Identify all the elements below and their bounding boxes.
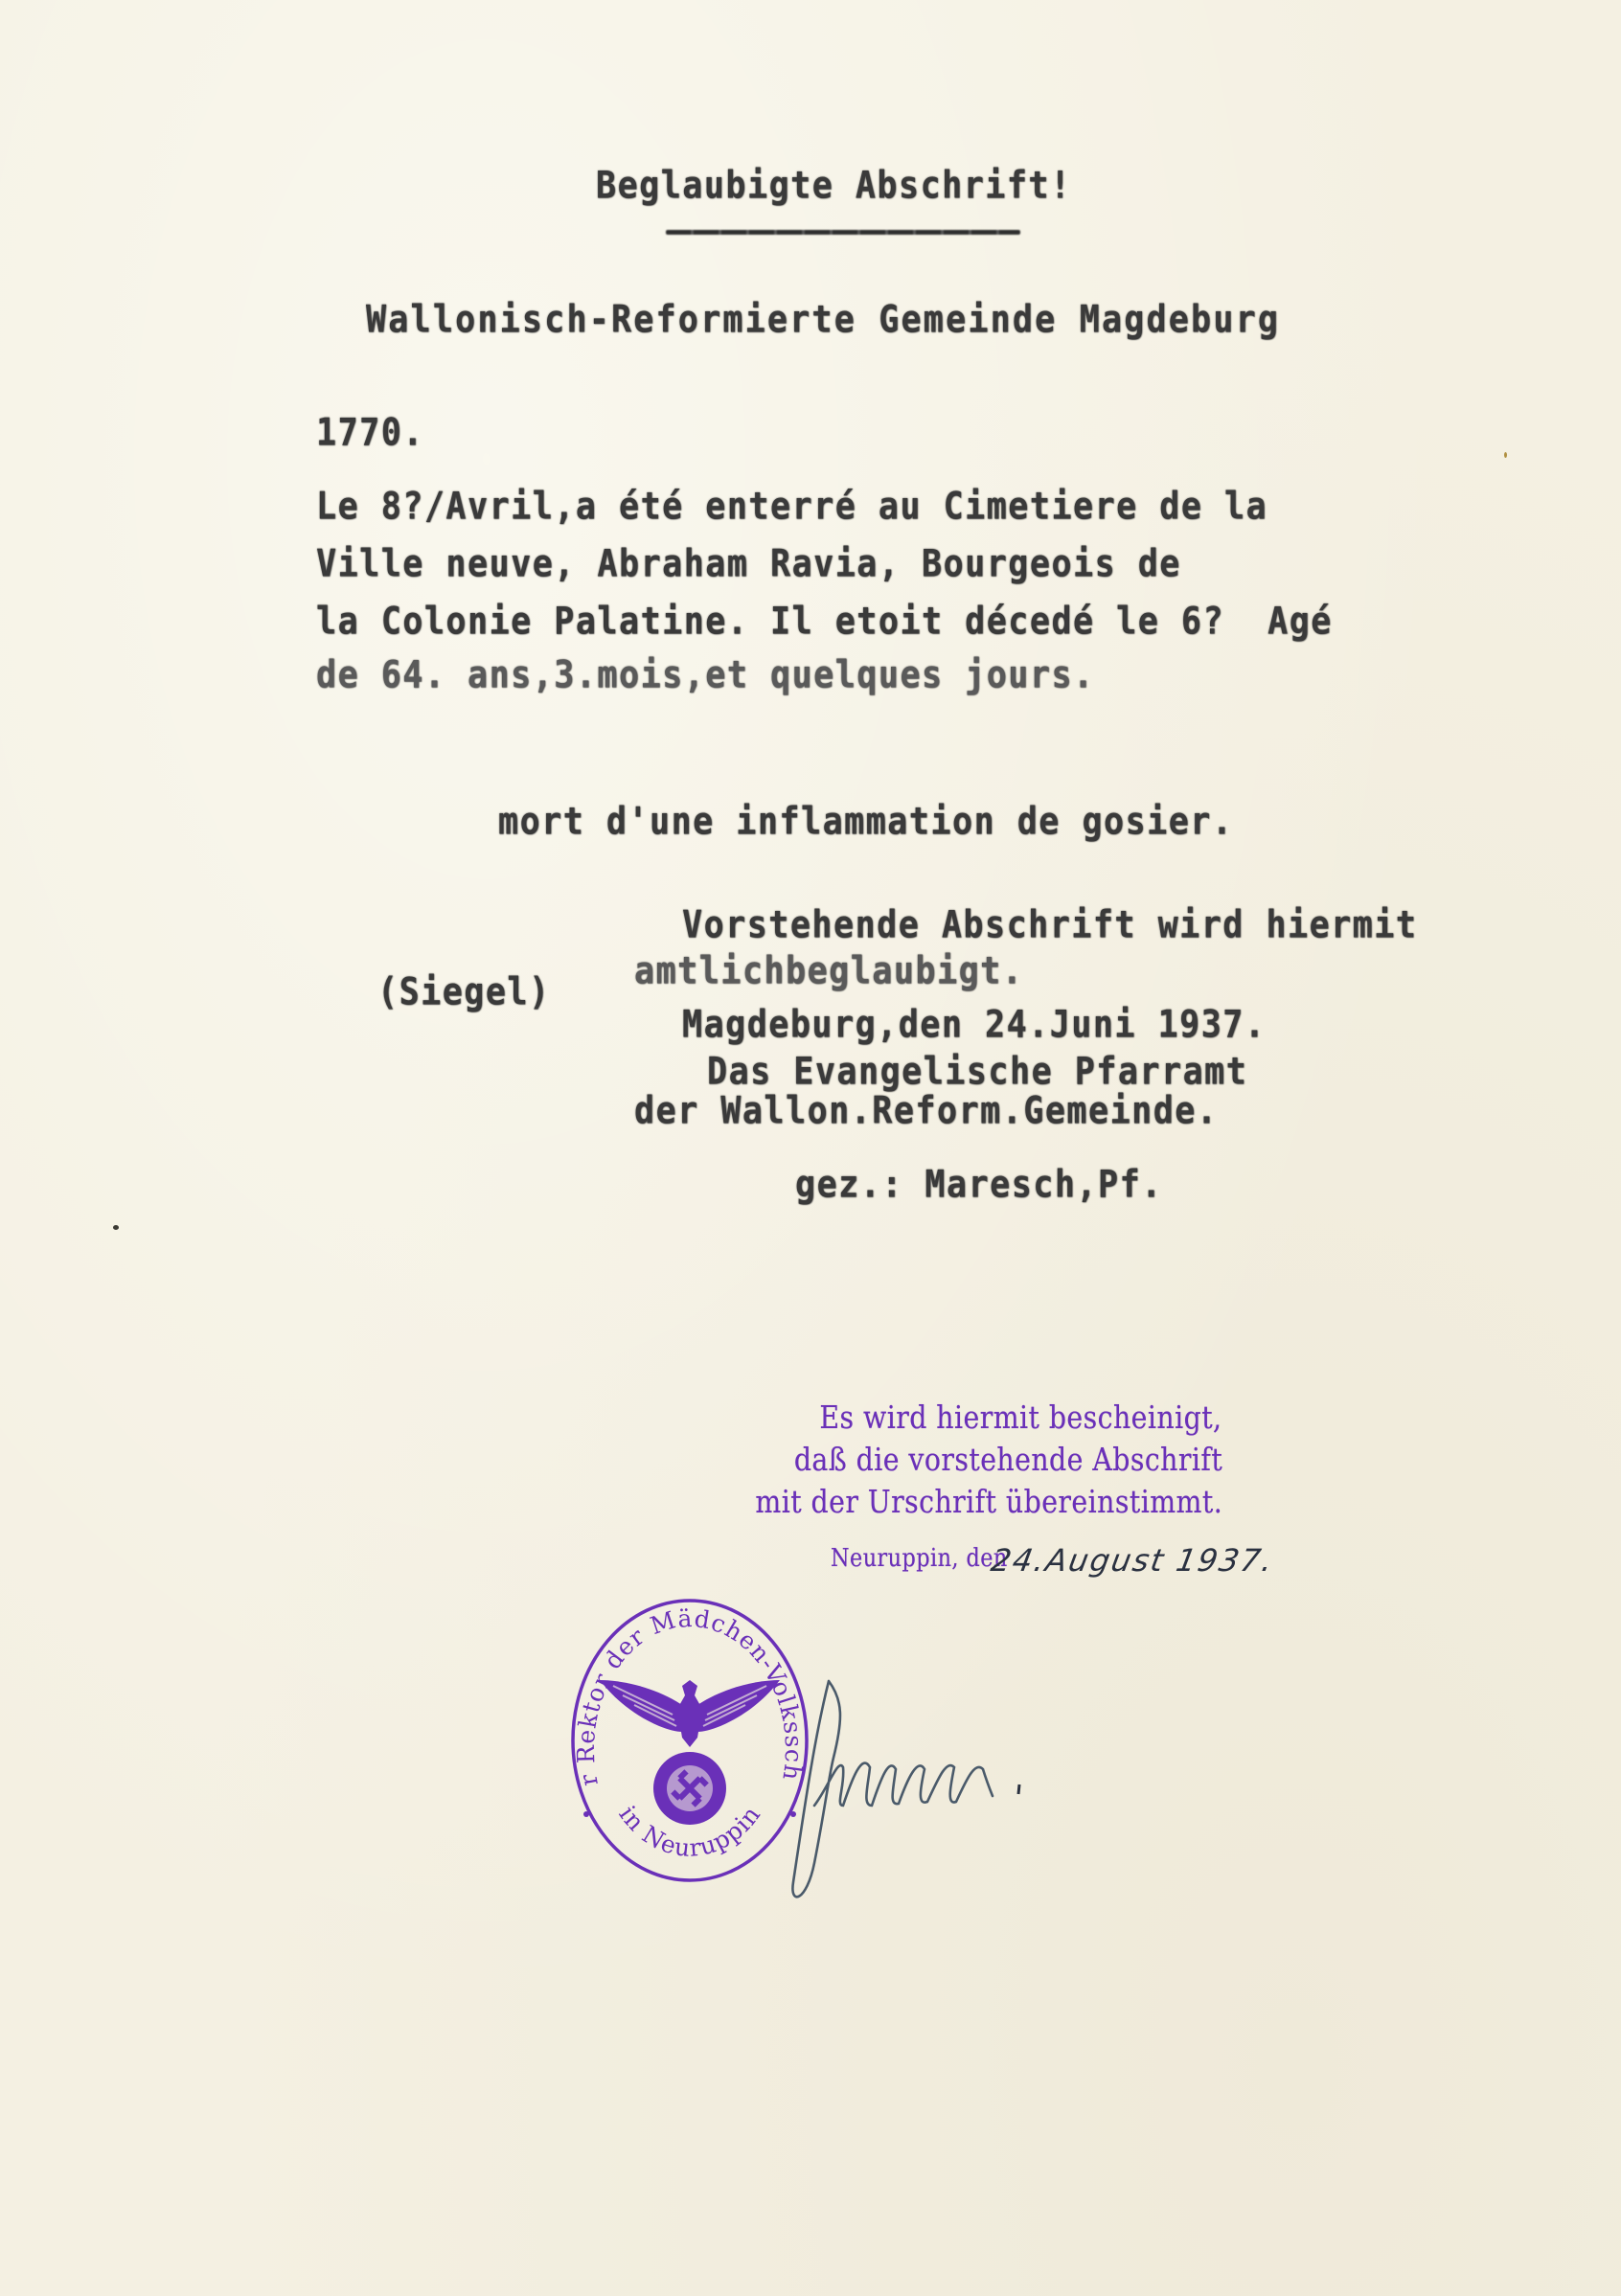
certification-line: Magdeburg,den 24.Juni 1937. <box>682 1004 1266 1047</box>
institution-title: Wallonisch-Reformierte Gemeinde Magdebur… <box>366 299 1280 342</box>
cause-of-death: mort d'une inflammation de gosier. <box>498 801 1233 844</box>
entry-line: de 64. ans,3.mois,et quelques jours. <box>316 654 1095 697</box>
entry-year: 1770. <box>316 412 424 455</box>
official-seal: Der Rektor der Mädchen-Volksschule in Ne… <box>565 1592 814 1889</box>
stamp-line: daß die vorstehende Abschrift <box>794 1441 1222 1478</box>
entry-line: Ville neuve, Abraham Ravia, Bourgeois de <box>316 543 1181 586</box>
certification-line: amtlichbeglaubigt. <box>634 950 1023 993</box>
stamp-line: mit der Urschrift übereinstimmt. <box>755 1483 1222 1520</box>
heading-underline <box>666 230 1020 235</box>
handwritten-signature <box>786 1662 1169 1911</box>
paper-speck <box>113 1225 119 1230</box>
certification-line: der Wallon.Reform.Gemeinde. <box>634 1090 1218 1133</box>
paper-speck <box>1504 452 1507 458</box>
certification-line: Vorstehende Abschrift wird hiermit <box>682 904 1417 947</box>
certification-line: Das Evangelische Pfarramt <box>707 1051 1247 1094</box>
entry-line: la Colonie Palatine. Il etoit décedé le … <box>316 601 1333 644</box>
entry-line: Le 8?/Avril,a été enterré au Cimetiere d… <box>316 486 1267 529</box>
handwritten-date: 24.August 1937. <box>989 1542 1277 1579</box>
eagle-emblem-icon <box>600 1680 780 1825</box>
stamp-place: Neuruppin, den <box>831 1544 1008 1573</box>
stamp-line: Es wird hiermit bescheinigt, <box>820 1398 1222 1436</box>
signed-by: gez.: Maresch,Pf. <box>795 1164 1163 1207</box>
document-heading: Beglaubigte Abschrift! <box>596 165 1072 208</box>
seal-label: (Siegel) <box>377 971 551 1014</box>
